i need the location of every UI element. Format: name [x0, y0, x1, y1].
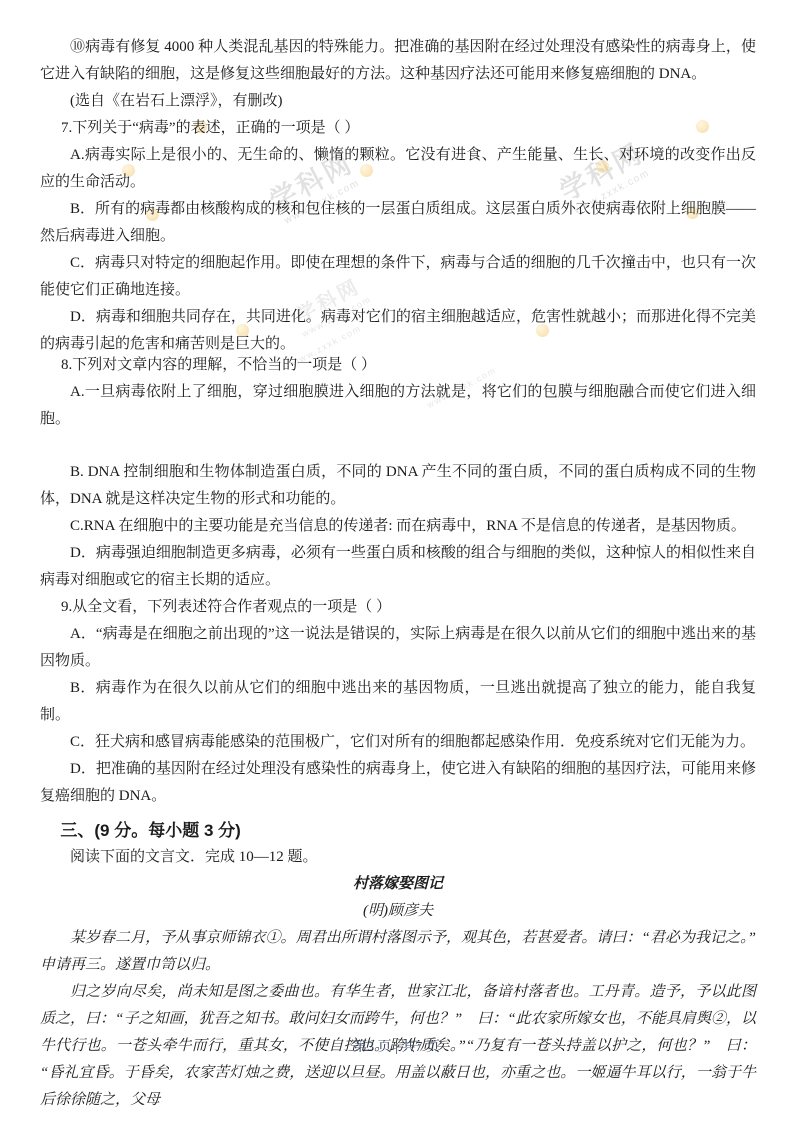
- question-8-option-a: A.一旦病毒依附上了细胞，穿过细胞膜进入细胞的方法就是，将它们的包膜与细胞融合而…: [40, 379, 756, 433]
- exam-page: 学科网 www.zxxk.com 学科网 www.zxxk.com 学科网 ww…: [0, 0, 793, 1122]
- passage-intro: 阅读下面的文言文．完成 10—12 题。: [40, 844, 756, 871]
- question-7-option-b: B．所有的病毒都由核酸构成的核和包住核的一层蛋白质组成。这层蛋白质外衣使病毒依附…: [40, 196, 756, 250]
- question-8-option-d: D．病毒强迫细胞制造更多病毒，必须有一些蛋白质和核酸的组合与细胞的类似，这种惊人…: [40, 540, 756, 594]
- question-9-option-a: A．“病毒是在细胞之前出现的”这一说法是错误的，实际上病毒是在很久以前从它们的细…: [40, 621, 756, 675]
- question-8-option-c: C.RNA 在细胞中的主要功能是充当信息的传递者: 而在病毒中，RNA 不是信息…: [40, 513, 756, 540]
- question-9-option-d: D．把准确的基因附在经过处理没有感染性的病毒身上，使它进入有缺陷的细胞的基因疗法…: [40, 756, 756, 810]
- question-7-stem: 7.下列关于“病毒”的表述，正确的一项是（ ）: [40, 115, 756, 142]
- question-9-option-c: C．狂犬病和感冒病毒能感染的范围极广，它们对所有的细胞都起感染作用．免疫系统对它…: [40, 729, 756, 756]
- question-9-option-b: B．病毒作为在很久以前从它们的细胞中逃出来的基因物质，一旦逃出就提高了独立的能力…: [40, 675, 756, 729]
- document-body: ⑩病毒有修复 4000 种人类混乱基因的特殊能力。把准确的基因附在经过处理没有感…: [40, 34, 756, 1114]
- question-9-stem: 9.从全文看，下列表述符合作者观点的一项是（ ）: [40, 594, 756, 621]
- question-8-stem: 8.下列对文章内容的理解，不恰当的一项是（ ）: [40, 352, 756, 379]
- page-footer: 第3 页 | 共7 页: [0, 1036, 793, 1056]
- classical-paragraph-1: 某岁春二月，予从事京师锦衣①。周君出所谓村落图示予，观其色，若甚爱者。请曰：“君…: [40, 925, 756, 979]
- passage-title: 村落嫁娶图记: [40, 871, 756, 898]
- section-heading: 三、(9 分。每小题 3 分): [40, 817, 756, 844]
- question-7-option-c: C．病毒只对特定的细胞起作用。即使在理想的条件下，病毒与合适的细胞的几千次撞击中…: [40, 250, 756, 304]
- paragraph-virus-gene-repair: ⑩病毒有修复 4000 种人类混乱基因的特殊能力。把准确的基因附在经过处理没有感…: [40, 34, 756, 88]
- passage-author: (明)顾彦夫: [40, 898, 756, 925]
- question-8-option-b: B. DNA 控制细胞和生物体制造蛋白质，不同的 DNA 产生不同的蛋白质，不同…: [40, 459, 756, 513]
- source-note: (选自《在岩石上漂浮》，有删改): [40, 88, 756, 115]
- question-7-option-d: D．病毒和细胞共同存在，共同进化。病毒对它们的宿主细胞越适应，危害性就越小；而那…: [40, 304, 756, 358]
- question-7-option-a: A.病毒实际上是很小的、无生命的、懒惰的颗粒。它没有进食、产生能量、生长、对环境…: [40, 142, 756, 196]
